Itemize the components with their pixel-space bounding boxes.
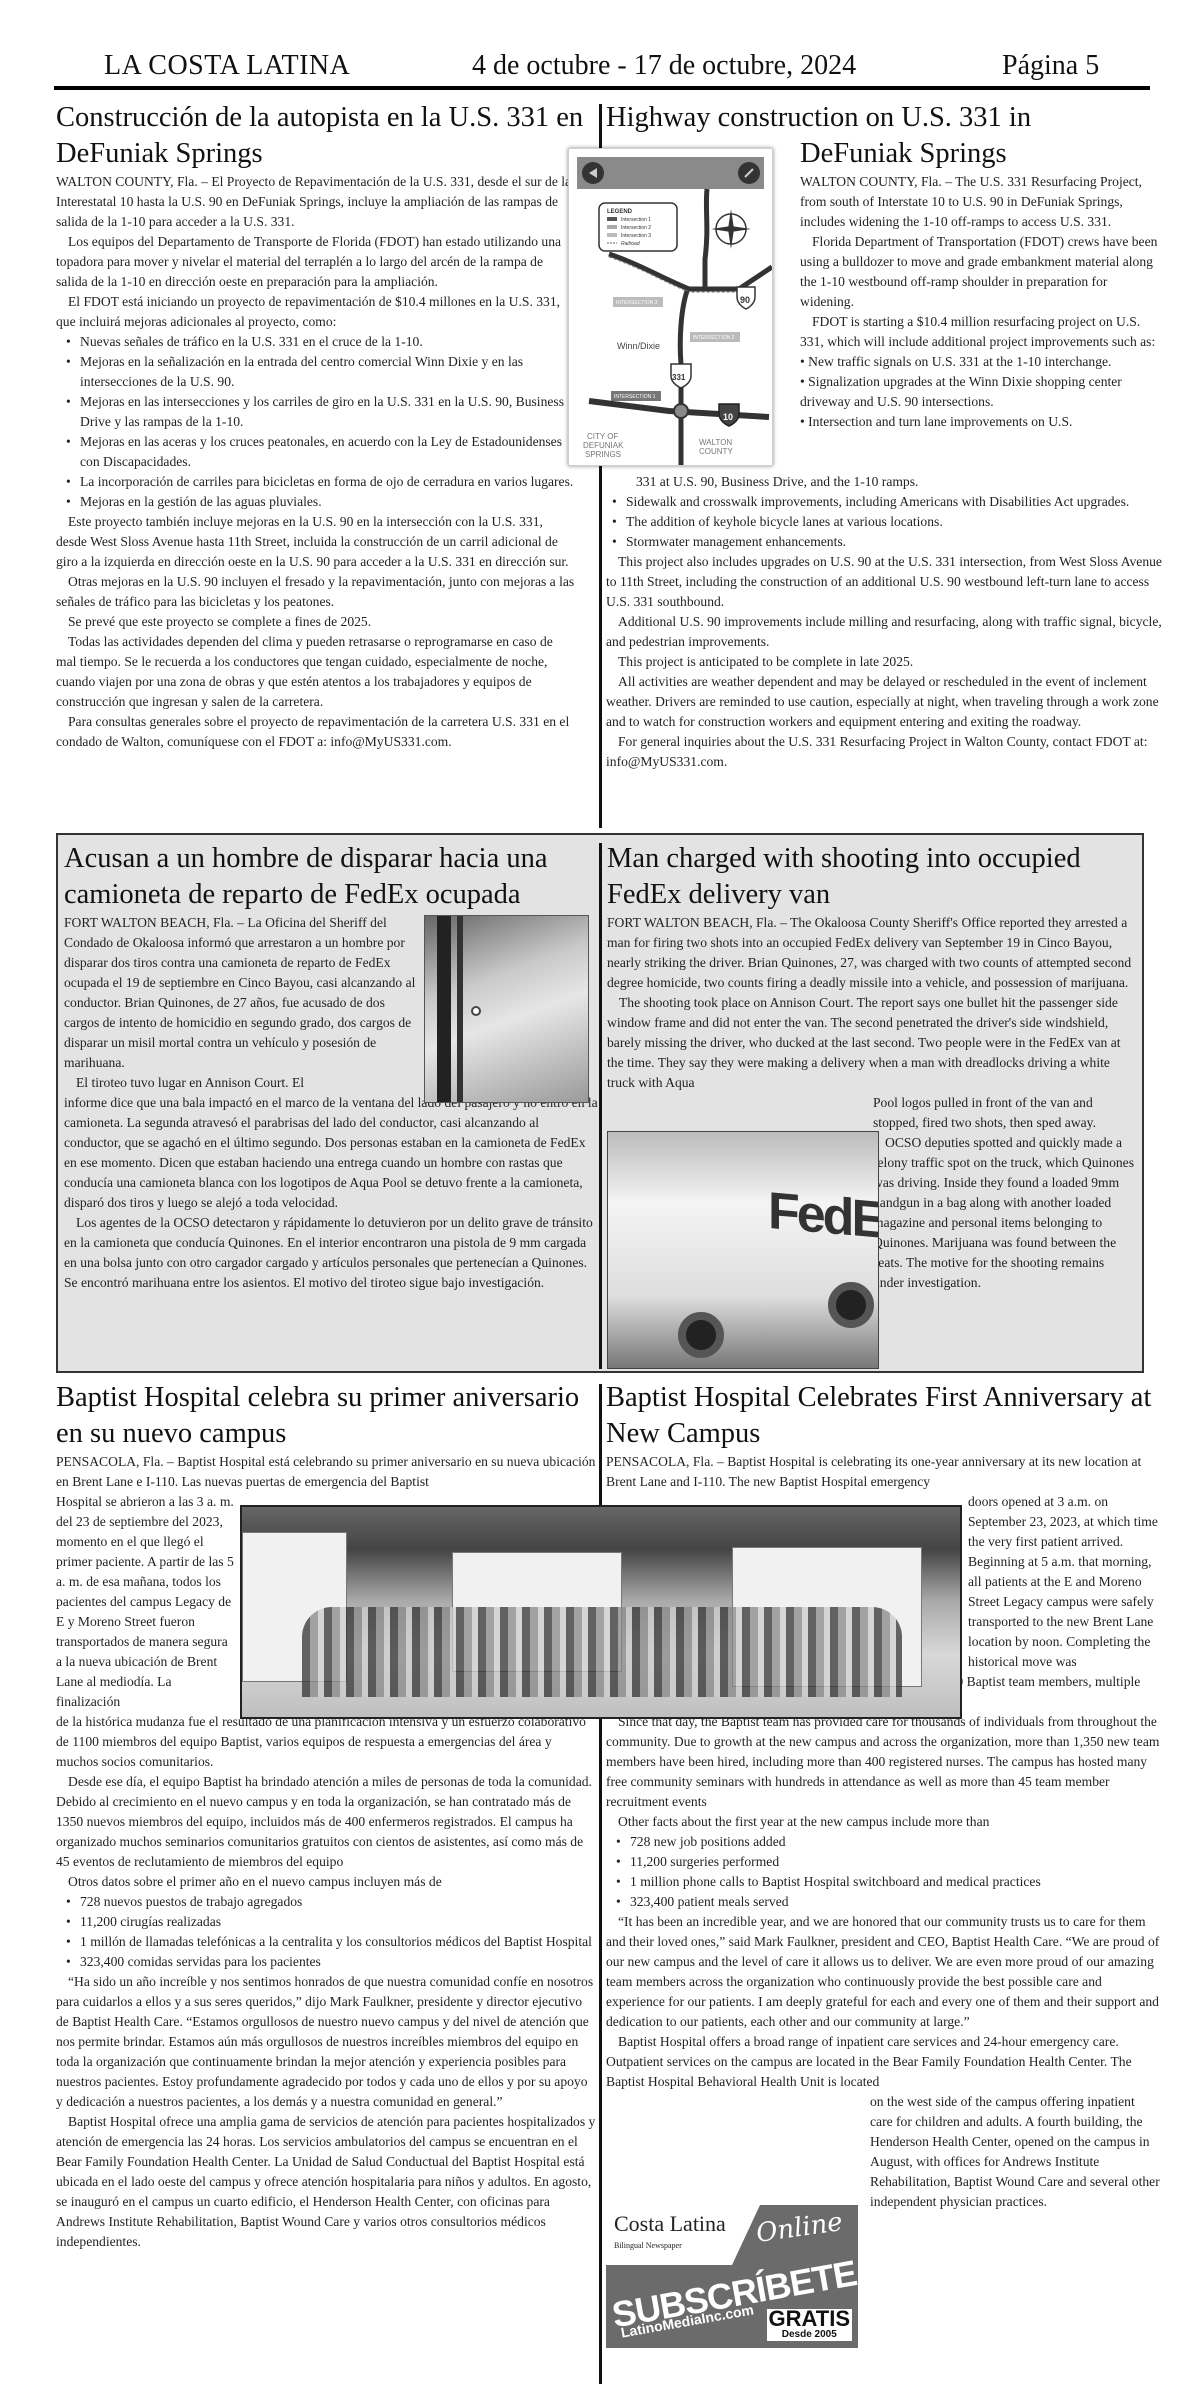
svg-text:Intersection 3: Intersection 3 bbox=[621, 233, 651, 239]
dateline-paragraph: WALTON COUNTY, Fla. – El Proyecto de Rep… bbox=[56, 172, 576, 232]
svg-text:INTERSECTION 2: INTERSECTION 2 bbox=[693, 335, 735, 341]
bullet-hole-icon bbox=[471, 1006, 481, 1016]
masthead: LA COSTA LATINA 4 de octubre - 17 de oct… bbox=[54, 48, 1150, 90]
subscribe-ad[interactable]: Costa LatinaBilingual Newspaper Online S… bbox=[606, 2205, 858, 2348]
list-item: The addition of keyhole bicycle lanes at… bbox=[602, 512, 1166, 532]
svg-text:331: 331 bbox=[672, 373, 686, 382]
svg-text:Intersection 2: Intersection 2 bbox=[621, 225, 651, 231]
article-body: FORT WALTON BEACH, Fla. – The Okaloosa C… bbox=[607, 913, 1137, 1093]
paragraph: This project also includes upgrades on U… bbox=[606, 552, 1166, 612]
facts-list: 728 nuevos puestos de trabajo agregados … bbox=[56, 1892, 596, 1972]
paragraph: This project is anticipated to be comple… bbox=[606, 652, 1166, 672]
paragraph: Otros datos sobre el primer año en el nu… bbox=[56, 1872, 596, 1892]
paragraph: Desde ese día, el equipo Baptist ha brin… bbox=[56, 1772, 596, 1872]
paragraph: El FDOT está iniciando un proyecto de re… bbox=[56, 292, 576, 332]
svg-text:90: 90 bbox=[740, 295, 750, 305]
svg-text:SPRINGS: SPRINGS bbox=[585, 450, 621, 459]
dateline-paragraph: FORT WALTON BEACH, Fla. – La Oficina del… bbox=[64, 913, 416, 1073]
newspaper-page: LA COSTA LATINA 4 de octubre - 17 de oct… bbox=[0, 0, 1200, 2400]
article-highway-en-body: 331 at U.S. 90, Business Drive, and the … bbox=[606, 472, 1166, 772]
svg-text:Railroad: Railroad bbox=[621, 241, 640, 247]
list-item: Mejoras en las aceras y los cruces peato… bbox=[56, 432, 576, 472]
paragraph: For general inquiries about the U.S. 331… bbox=[606, 732, 1166, 772]
article-highway-es: Construcción de la autopista en la U.S. … bbox=[56, 100, 592, 752]
headline-line-1: Highway construction on U.S. 331 in bbox=[606, 100, 1166, 136]
fedex-logo: FedEx bbox=[768, 1181, 879, 1253]
paragraph: doors opened at 3 a.m. on September 23, … bbox=[968, 1492, 1160, 1672]
list-item: 11,200 cirugías realizadas bbox=[56, 1912, 596, 1932]
fedex-van-photo: FedEx bbox=[607, 1131, 879, 1369]
svg-text:10: 10 bbox=[723, 412, 733, 422]
list-item: 1 millón de llamadas telefónicas a la ce… bbox=[56, 1932, 596, 1952]
paragraph: FDOT is starting a $10.4 million resurfa… bbox=[800, 312, 1160, 352]
list-item: 728 nuevos puestos de trabajo agregados bbox=[56, 1892, 596, 1912]
svg-text:INTERSECTION 3: INTERSECTION 3 bbox=[616, 300, 658, 306]
svg-text:Winn/Dixie: Winn/Dixie bbox=[617, 341, 660, 351]
article-body: WALTON COUNTY, Fla. – El Proyecto de Rep… bbox=[56, 172, 576, 752]
paragraph: Baptist Hospital offers a broad range of… bbox=[606, 2032, 1162, 2092]
paragraph: Este proyecto también incluye mejoras en… bbox=[56, 512, 576, 572]
paragraph: Todas las actividades dependen del clima… bbox=[56, 632, 576, 712]
compass-icon bbox=[711, 209, 751, 249]
paragraph: Other facts about the first year at the … bbox=[606, 1812, 1162, 1832]
list-item: Nuevas señales de tráfico en la U.S. 331… bbox=[56, 332, 576, 352]
paragraph: Los equipos del Departamento de Transpor… bbox=[56, 232, 576, 292]
dateline-paragraph: FORT WALTON BEACH, Fla. – The Okaloosa C… bbox=[607, 913, 1137, 993]
facts-list: 728 new job positions added 11,200 surge… bbox=[606, 1832, 1162, 1912]
list-item: 728 new job positions added bbox=[606, 1832, 1162, 1852]
paragraph: Hospital se abrieron a las 3 a. m. del 2… bbox=[56, 1492, 236, 1712]
paragraph: Otras mejoras en la U.S. 90 incluyen el … bbox=[56, 572, 576, 612]
list-item: Mejoras en la señalización en la entrada… bbox=[56, 352, 576, 392]
headline: Man charged with shooting into occupied … bbox=[607, 841, 1137, 913]
svg-text:INTERSECTION 1: INTERSECTION 1 bbox=[614, 394, 656, 400]
improvements-list: Sidewalk and crosswalk improvements, inc… bbox=[602, 492, 1166, 552]
list-item: 11,200 surgeries performed bbox=[606, 1852, 1162, 1872]
paragraph: OCSO deputies spotted and quickly made a… bbox=[873, 1133, 1135, 1293]
paragraph: Se prevé que este proyecto se complete a… bbox=[56, 612, 576, 632]
paragraph: Baptist Hospital ofrece una amplia gama … bbox=[56, 2112, 596, 2252]
list-item: Sidewalk and crosswalk improvements, inc… bbox=[602, 492, 1166, 512]
ad-gratis: GRATISDesde 2005 bbox=[767, 2309, 852, 2341]
route-map: LEGEND Intersection 1 Intersection 2 Int… bbox=[568, 148, 773, 466]
paragraph: on the west side of the campus offering … bbox=[870, 2092, 1160, 2212]
improvements-list: Nuevas señales de tráfico en la U.S. 331… bbox=[56, 332, 576, 512]
list-item: La incorporación de carriles para bicicl… bbox=[56, 472, 576, 492]
list-item: Stormwater management enhancements. bbox=[602, 532, 1166, 552]
list-item: 1 million phone calls to Baptist Hospita… bbox=[606, 1872, 1162, 1892]
svg-text:WALTON: WALTON bbox=[699, 438, 732, 447]
paragraph: The shooting took place on Annison Court… bbox=[607, 993, 1137, 1093]
svg-text:DEFUNIAK: DEFUNIAK bbox=[583, 441, 624, 450]
newspaper-title: LA COSTA LATINA bbox=[104, 48, 350, 84]
dateline-paragraph: PENSACOLA, Fla. – Baptist Hospital está … bbox=[56, 1452, 596, 1492]
headline: Construcción de la autopista en la U.S. … bbox=[56, 100, 596, 172]
list-item: 323,400 patient meals served bbox=[606, 1892, 1162, 1912]
paragraph: Pool logos pulled in front of the van an… bbox=[873, 1093, 1135, 1133]
ad-online: Online bbox=[754, 2207, 844, 2249]
paragraph: El tiroteo tuvo lugar en Annison Court. … bbox=[64, 1073, 416, 1093]
headline: Baptist Hospital Celebrates First Annive… bbox=[606, 1380, 1162, 1452]
article-side-text: Pool logos pulled in front of the van an… bbox=[873, 1093, 1135, 1293]
dateline-paragraph: PENSACOLA, Fla. – Baptist Hospital is ce… bbox=[606, 1452, 1162, 1492]
baptist-group-photo bbox=[240, 1505, 962, 1719]
list-item: Mejoras en la gestión de las aguas pluvi… bbox=[56, 492, 576, 512]
paragraph: “It has been an incredible year, and we … bbox=[606, 1912, 1162, 2032]
paragraph: Additional U.S. 90 improvements include … bbox=[606, 612, 1166, 652]
list-item-continuation: 331 at U.S. 90, Business Drive, and the … bbox=[606, 472, 1166, 492]
list-item: • Intersection and turn lane improvement… bbox=[800, 412, 1160, 432]
list-item: • Signalization upgrades at the Winn Dix… bbox=[800, 372, 1160, 412]
headline-line-2: DeFuniak Springs bbox=[800, 136, 1160, 172]
paragraph: de la histórica mudanza fue el resultado… bbox=[56, 1712, 596, 1772]
paragraph: Since that day, the Baptist team has pro… bbox=[606, 1712, 1162, 1812]
article-highway-en-intro: WALTON COUNTY, Fla. – The U.S. 331 Resur… bbox=[800, 172, 1160, 432]
headline: Acusan a un hombre de disparar hacia una… bbox=[64, 841, 598, 913]
paragraph: All activities are weather dependent and… bbox=[606, 672, 1166, 732]
headline: Baptist Hospital celebra su primer anive… bbox=[56, 1380, 596, 1452]
paragraph: Los agentes de la OCSO detectaron y rápi… bbox=[64, 1213, 598, 1293]
list-item: Mejoras en las intersecciones y los carr… bbox=[56, 392, 576, 432]
dateline-paragraph: WALTON COUNTY, Fla. – The U.S. 331 Resur… bbox=[800, 172, 1160, 232]
column-divider bbox=[599, 843, 602, 1369]
svg-text:Intersection 1: Intersection 1 bbox=[621, 217, 651, 223]
svg-text:COUNTY: COUNTY bbox=[699, 447, 733, 456]
bullet-hole-photo bbox=[424, 915, 589, 1103]
fedex-story-box: Acusan a un hombre de disparar hacia una… bbox=[56, 833, 1144, 1373]
paragraph: informe dice que una bala impactó en el … bbox=[64, 1093, 598, 1213]
list-item: • New traffic signals on U.S. 331 at the… bbox=[800, 352, 1160, 372]
paragraph: Florida Department of Transportation (FD… bbox=[800, 232, 1160, 312]
map-graphic: LEGEND Intersection 1 Intersection 2 Int… bbox=[569, 149, 772, 465]
issue-date: 4 de octubre - 17 de octubre, 2024 bbox=[472, 48, 856, 84]
svg-text:CITY OF: CITY OF bbox=[587, 432, 619, 441]
ad-brand: Costa LatinaBilingual Newspaper bbox=[614, 2213, 726, 2257]
paragraph: Para consultas generales sobre el proyec… bbox=[56, 712, 576, 752]
svg-text:LEGEND: LEGEND bbox=[607, 209, 633, 215]
paragraph: “Ha sido un año increíble y nos sentimos… bbox=[56, 1972, 596, 2112]
page-number: Página 5 bbox=[1002, 48, 1099, 84]
list-item: 323,400 comidas servidas para los pacien… bbox=[56, 1952, 596, 1972]
